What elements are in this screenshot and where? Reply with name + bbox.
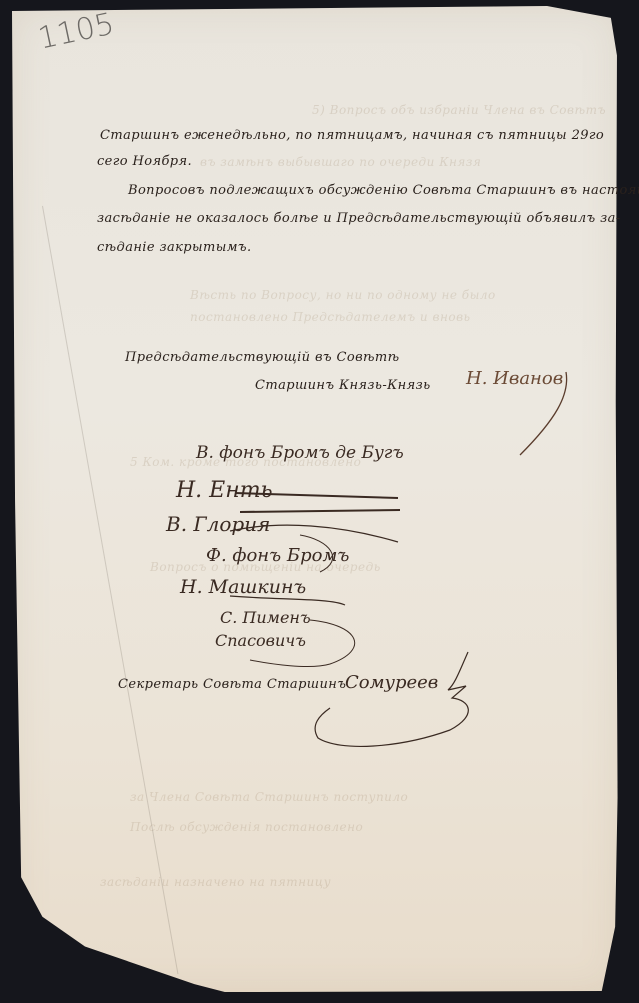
signature-flourishes	[0, 0, 639, 1003]
